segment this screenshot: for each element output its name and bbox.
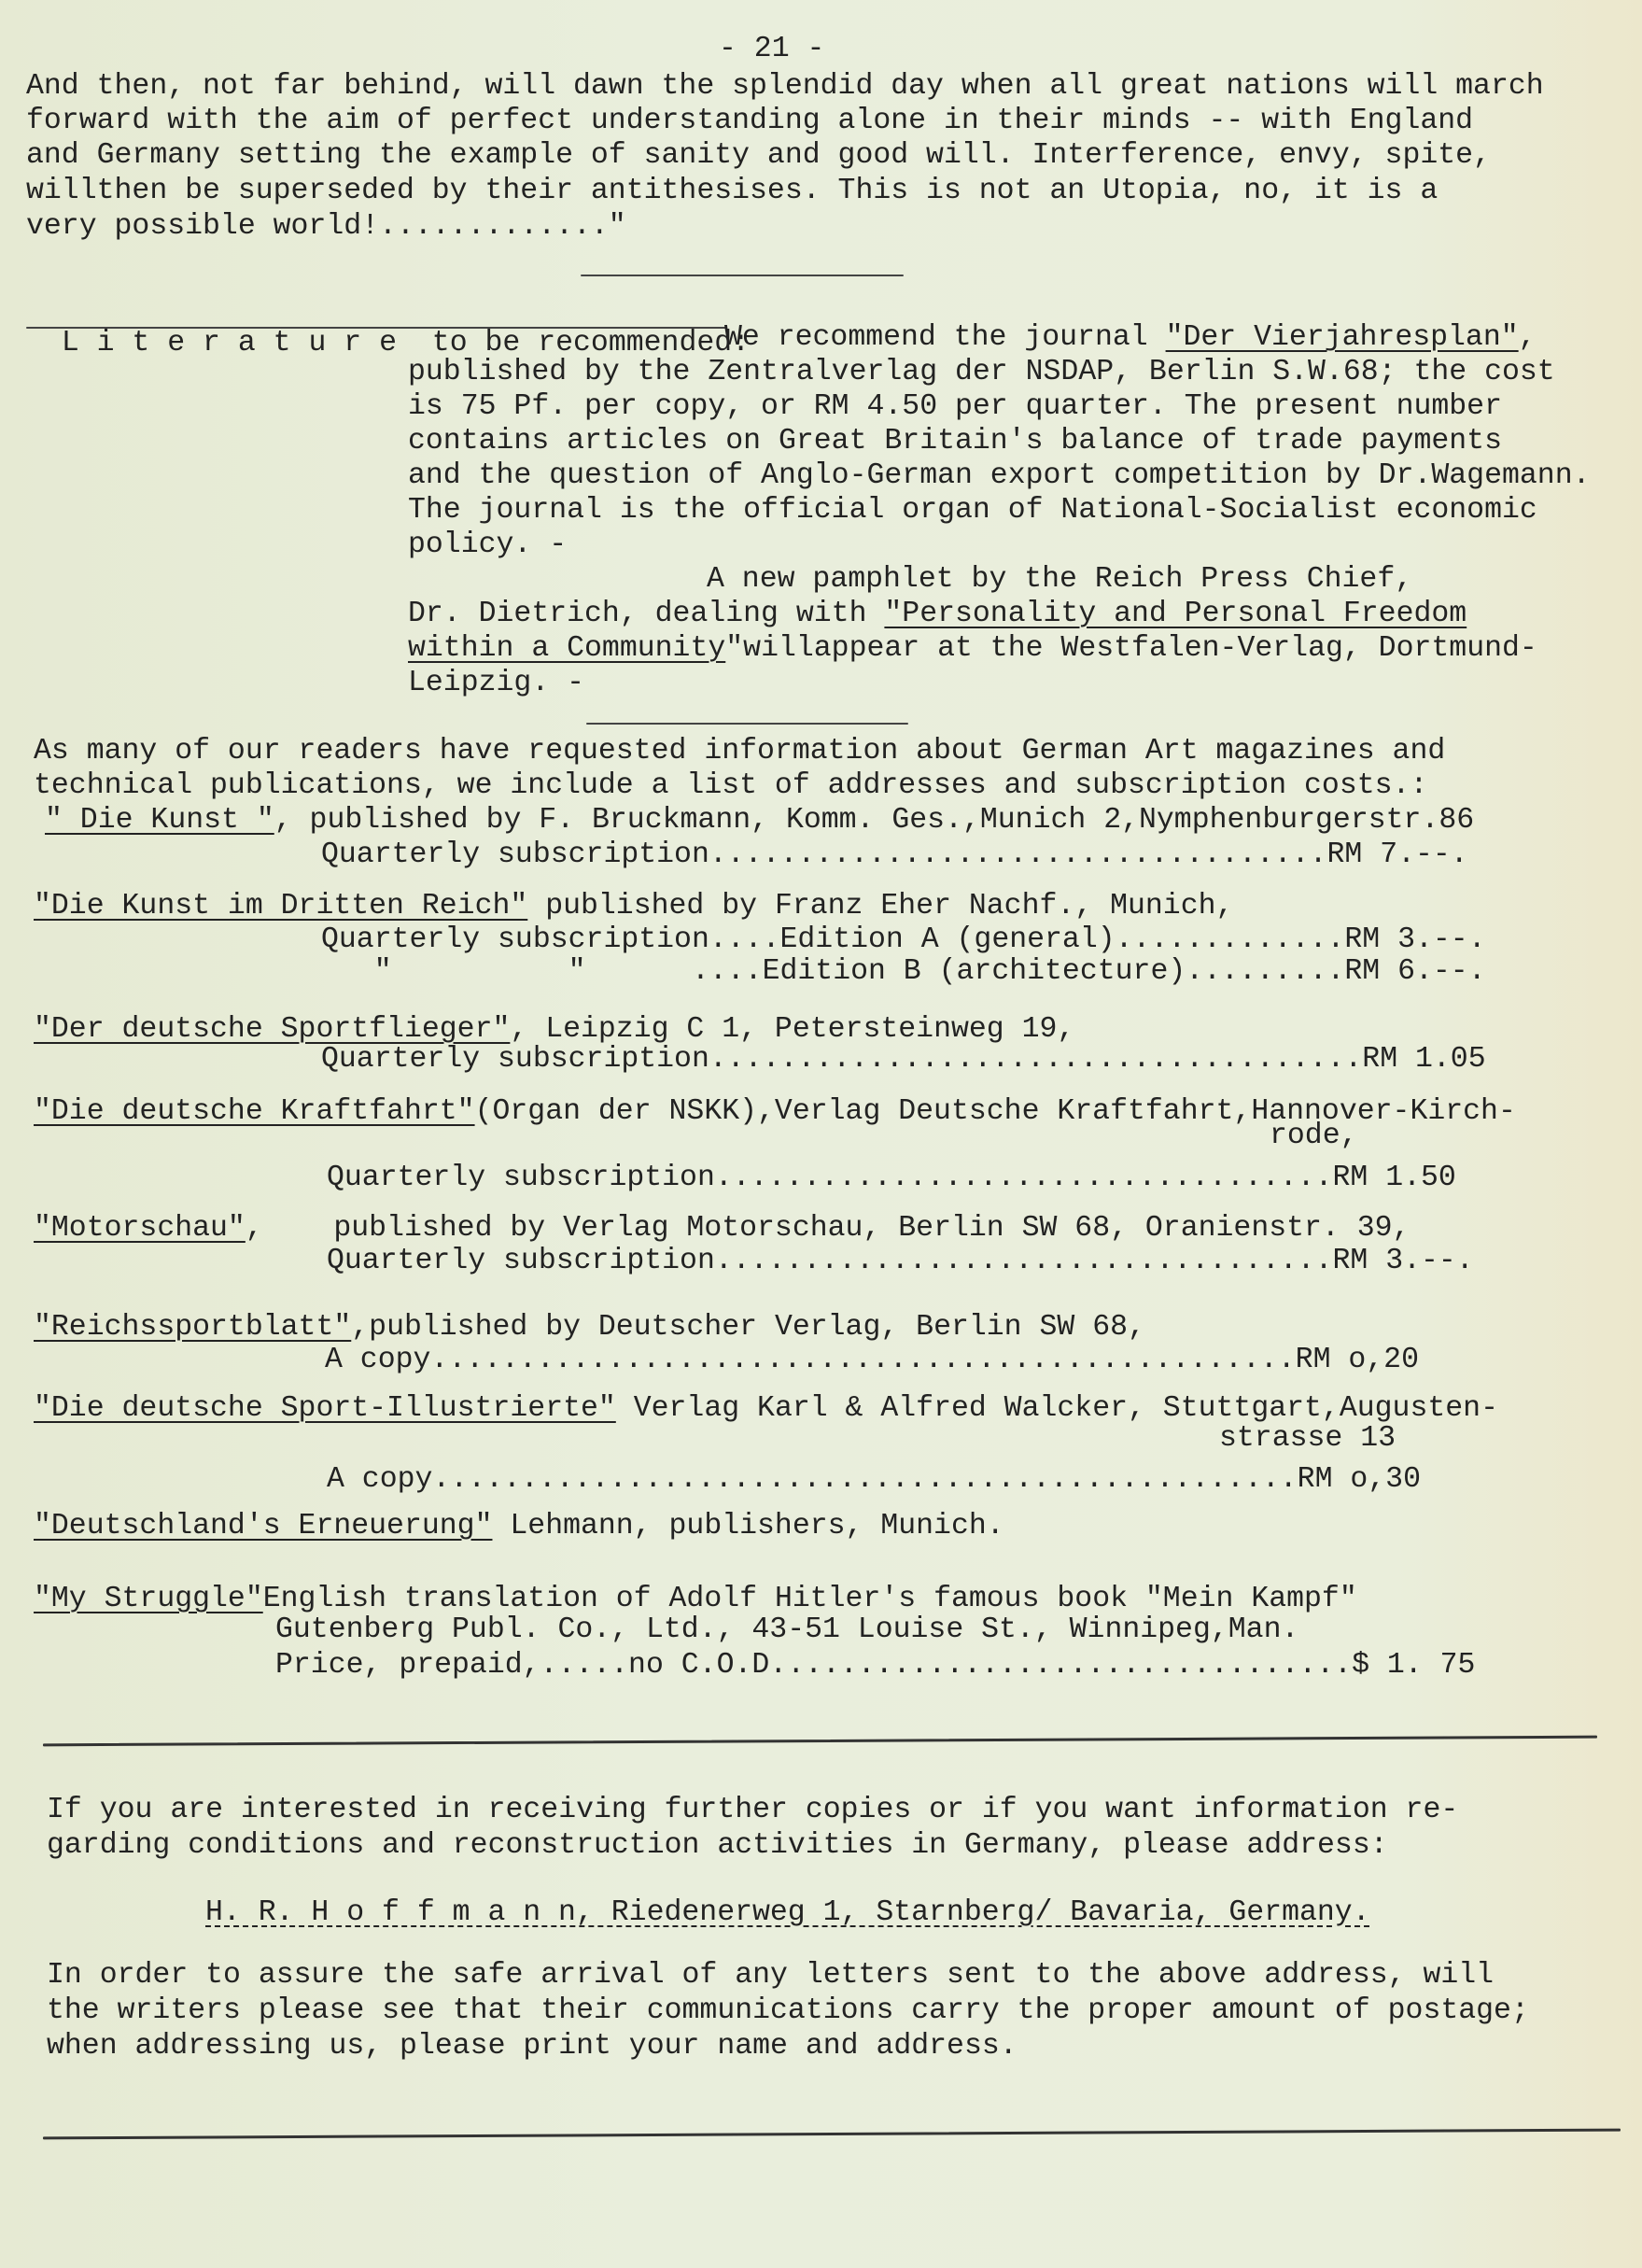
intro-line: forward with the aim of perfect understa… bbox=[26, 104, 1473, 138]
journal-title: "Der Vierjahresplan" bbox=[1166, 321, 1519, 354]
magazine-details: , published by Verlag Motorschau, Berlin… bbox=[246, 1212, 1410, 1245]
intro-line: And then, not far behind, will dawn the … bbox=[26, 69, 1544, 104]
entry-price-line: Quarterly subscription..................… bbox=[327, 1244, 1474, 1278]
magazine-details: Verlag Karl & Alfred Walcker, Stuttgart,… bbox=[616, 1392, 1498, 1425]
price-label: Quarterly subscription..................… bbox=[327, 1162, 1332, 1194]
vierjahresplan-line: contains articles on Great Britain's bal… bbox=[408, 424, 1502, 458]
magazine-details: (Organ der NSKK),Verlag Deutsche Kraftfa… bbox=[475, 1095, 1516, 1128]
literature-heading-underline bbox=[26, 327, 726, 329]
magazine-title: "Die Kunst im Dritten Reich" bbox=[34, 890, 527, 923]
magazine-details-cont: rode, bbox=[1270, 1119, 1358, 1153]
magazine-title: " Die Kunst " bbox=[45, 804, 274, 837]
magazine-details: English translation of Adolf Hitler's fa… bbox=[263, 1583, 1357, 1615]
magazine-details: Lehmann, publishers, Munich. bbox=[492, 1510, 1003, 1543]
entry-line: "Die Kunst im Dritten Reich" published b… bbox=[34, 889, 1233, 923]
magazine-details: published by Franz Eher Nachf., Munich, bbox=[527, 890, 1233, 923]
entry-line: " Die Kunst ", published by F. Bruckmann… bbox=[45, 803, 1474, 838]
pamphlet-line: A new pamphlet by the Reich Press Chief, bbox=[707, 562, 1412, 597]
price-label: Price, prepaid,.....no C.O.D............… bbox=[275, 1649, 1352, 1682]
price: RM 1.05 bbox=[1362, 1043, 1485, 1076]
magazine-details-cont: strasse 13 bbox=[1219, 1421, 1396, 1456]
section-divider bbox=[586, 723, 908, 725]
price-label: Quarterly subscription..................… bbox=[321, 838, 1326, 871]
vierjahresplan-line: The journal is the official organ of Nat… bbox=[408, 493, 1537, 528]
section-divider-long bbox=[43, 1736, 1597, 1747]
entry-line: "Motorschau", published by Verlag Motors… bbox=[34, 1211, 1410, 1246]
section-divider bbox=[581, 275, 904, 276]
price-label: A copy..................................… bbox=[327, 1463, 1298, 1496]
contact-address: H. R. H o f f m a n n, Riedenerweg 1, St… bbox=[205, 1895, 1370, 1930]
entry-price-line: Price, prepaid,.....no C.O.D............… bbox=[275, 1648, 1475, 1683]
text: We recommend the journal bbox=[724, 321, 1166, 354]
contact-line: If you are interested in receiving furth… bbox=[47, 1793, 1458, 1827]
pamphlet-title: within a Community bbox=[408, 632, 725, 665]
section-divider-long bbox=[43, 2129, 1621, 2140]
magazine-details: ,published by Deutscher Verlag, Berlin S… bbox=[351, 1311, 1145, 1344]
vierjahresplan-line: and the question of Anglo-German export … bbox=[408, 458, 1591, 493]
price: RM o,30 bbox=[1298, 1463, 1421, 1496]
magazine-title: "Die deutsche Kraftfahrt" bbox=[34, 1095, 475, 1128]
price-label: Quarterly subscription....Edition A (gen… bbox=[321, 923, 1344, 956]
magazine-title: "Motorschau" bbox=[34, 1212, 246, 1245]
magazine-title: "My Struggle" bbox=[34, 1583, 263, 1615]
pamphlet-line: Dr. Dietrich, dealing with "Personality … bbox=[408, 597, 1467, 631]
price: $ 1. 75 bbox=[1352, 1649, 1475, 1682]
magazine-title: "Reichssportblatt" bbox=[34, 1311, 351, 1344]
entry-line: "Deutschland's Erneuerung" Lehmann, publ… bbox=[34, 1509, 1004, 1543]
address-text: H. R. H o f f m a n n, Riedenerweg 1, St… bbox=[205, 1896, 1370, 1929]
postage-line: the writers please see that their commun… bbox=[47, 1993, 1529, 2028]
price-label: Quarterly subscription..................… bbox=[321, 1043, 1362, 1076]
entry-price-line: A copy..................................… bbox=[327, 1462, 1421, 1497]
postage-line: In order to assure the safe arrival of a… bbox=[47, 1958, 1494, 1993]
price: RM 3.--. bbox=[1344, 923, 1485, 956]
price: RM 3.--. bbox=[1332, 1245, 1473, 1277]
vierjahresplan-line: policy. - bbox=[408, 528, 567, 562]
text: Dr. Dietrich, dealing with bbox=[408, 598, 884, 630]
magazine-details: , published by F. Bruckmann, Komm. Ges.,… bbox=[274, 804, 1474, 837]
entry-price-line: Quarterly subscription..................… bbox=[321, 838, 1468, 872]
entry-price-line: Quarterly subscription..................… bbox=[321, 1042, 1486, 1077]
price-label: " " ....Edition B (architecture)........… bbox=[321, 955, 1344, 988]
price: RM 6.--. bbox=[1344, 955, 1485, 988]
text: "willappear at the Westfalen-Verlag, Dor… bbox=[725, 632, 1537, 665]
price: RM 1.50 bbox=[1332, 1162, 1455, 1194]
entry-line: "My Struggle"English translation of Adol… bbox=[34, 1582, 1357, 1616]
magazine-title: "Deutschland's Erneuerung" bbox=[34, 1510, 492, 1543]
magazine-details: , Leipzig C 1, Petersteinweg 19, bbox=[510, 1013, 1074, 1046]
magazines-intro-line: technical publications, we include a lis… bbox=[34, 768, 1427, 803]
price-label: Quarterly subscription..................… bbox=[327, 1245, 1332, 1277]
price: RM 7.--. bbox=[1326, 838, 1467, 871]
literature-heading-spaced: L i t e r a t u r e bbox=[62, 327, 397, 359]
text: , bbox=[1519, 321, 1537, 354]
pamphlet-title: "Personality and Personal Freedom bbox=[884, 598, 1467, 630]
magazine-title: "Die deutsche Sport-Illustrierte" bbox=[34, 1392, 616, 1425]
price-label: A copy..................................… bbox=[325, 1344, 1296, 1376]
entry-price-line: " " ....Edition B (architecture)........… bbox=[321, 954, 1486, 989]
pamphlet-line: Leipzig. - bbox=[408, 666, 584, 700]
magazine-title: "Der deutsche Sportflieger" bbox=[34, 1013, 510, 1046]
intro-line: and Germany setting the example of sanit… bbox=[26, 138, 1491, 173]
vierjahresplan-line: published by the Zentralverlag der NSDAP… bbox=[408, 355, 1555, 389]
literature-heading: L i t e r a t u r e to be recommended: bbox=[26, 291, 750, 360]
entry-line: "Reichssportblatt",published by Deutsche… bbox=[34, 1310, 1145, 1345]
vierjahresplan-line: is 75 Pf. per copy, or RM 4.50 per quart… bbox=[408, 389, 1502, 424]
vierjahresplan-line: We recommend the journal "Der Vierjahres… bbox=[724, 320, 1537, 355]
entry-price-line: Quarterly subscription....Edition A (gen… bbox=[321, 923, 1486, 957]
entry-price-line: A copy..................................… bbox=[325, 1343, 1419, 1377]
intro-line: very possible world!............." bbox=[26, 209, 626, 244]
magazine-details-cont: Gutenberg Publ. Co., Ltd., 43-51 Louise … bbox=[275, 1613, 1298, 1647]
entry-price-line: Quarterly subscription..................… bbox=[327, 1161, 1456, 1195]
intro-line: willthen be superseded by their antithes… bbox=[26, 174, 1438, 208]
page-number: - 21 - bbox=[719, 32, 824, 66]
postage-line: when addressing us, please print your na… bbox=[47, 2029, 1017, 2064]
magazines-intro-line: As many of our readers have requested in… bbox=[34, 734, 1445, 768]
price: RM o,20 bbox=[1296, 1344, 1419, 1376]
contact-line: garding conditions and reconstruction ac… bbox=[47, 1828, 1388, 1863]
pamphlet-line: within a Community"willappear at the Wes… bbox=[408, 631, 1537, 666]
